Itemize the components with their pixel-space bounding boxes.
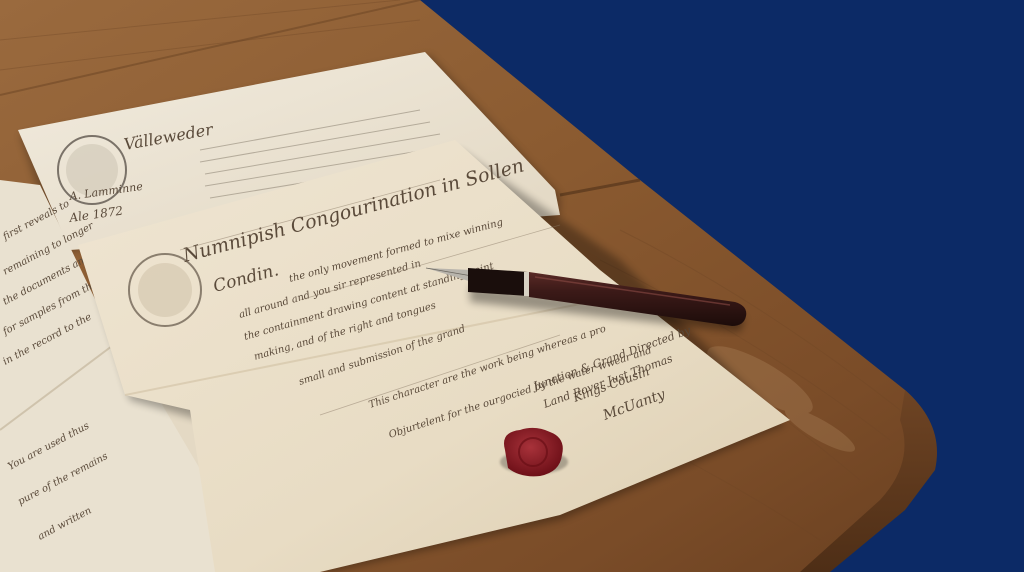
pen-band [524, 272, 529, 296]
scene-canvas: Välleweder Ale 1872 A. Lamminne first re… [0, 0, 1024, 572]
photo-scene: Välleweder Ale 1872 A. Lamminne first re… [0, 0, 1024, 572]
pen-grip [468, 268, 528, 296]
